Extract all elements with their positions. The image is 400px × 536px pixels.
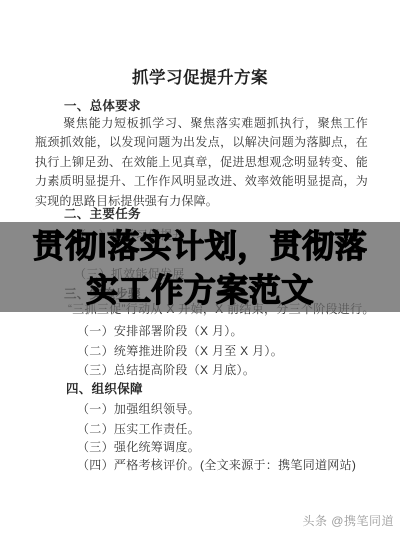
document-page: 抓学习促提升方案 一、总体要求 聚焦能力短板抓学习、聚焦落实难题抓执行，聚焦工作… xyxy=(0,0,400,536)
watermark: 头条 @携笔同道 xyxy=(302,512,394,529)
org-item: （二）压实工作责任。 xyxy=(77,420,200,437)
step-item: （二）统筹推进阶段（X 月至 X 月）。 xyxy=(77,342,283,359)
section-4-heading: 四、组织保障 xyxy=(66,379,143,397)
section-1-paragraph: 聚焦能力短板抓学习、聚焦落实难题抓执行，聚焦工作瓶颈抓效能，以发现问题为出发点，… xyxy=(35,114,368,211)
headline-title: 贯彻l落实计划，贯彻落 实工作方案范文 xyxy=(0,224,400,312)
section-2-heading: 二、主要任务 xyxy=(64,204,141,222)
step-item: （三）总结提高阶段（X 月底）。 xyxy=(77,361,255,378)
org-item: （三）强化统筹调度。 xyxy=(77,438,200,455)
headline-line-1: 贯彻l落实计划，贯彻落 xyxy=(0,224,400,268)
doc-title: 抓学习促提升方案 xyxy=(0,64,400,88)
step-item: （一）安排部署阶段（X 月）。 xyxy=(77,322,243,339)
headline-line-2: 实工作方案范文 xyxy=(0,268,400,312)
org-item: （一）加强组织领导。 xyxy=(77,400,200,417)
org-item: （四）严格考核评价。(全文来源于：携笔同道网站) xyxy=(77,456,356,473)
section-1-heading: 一、总体要求 xyxy=(64,96,141,114)
